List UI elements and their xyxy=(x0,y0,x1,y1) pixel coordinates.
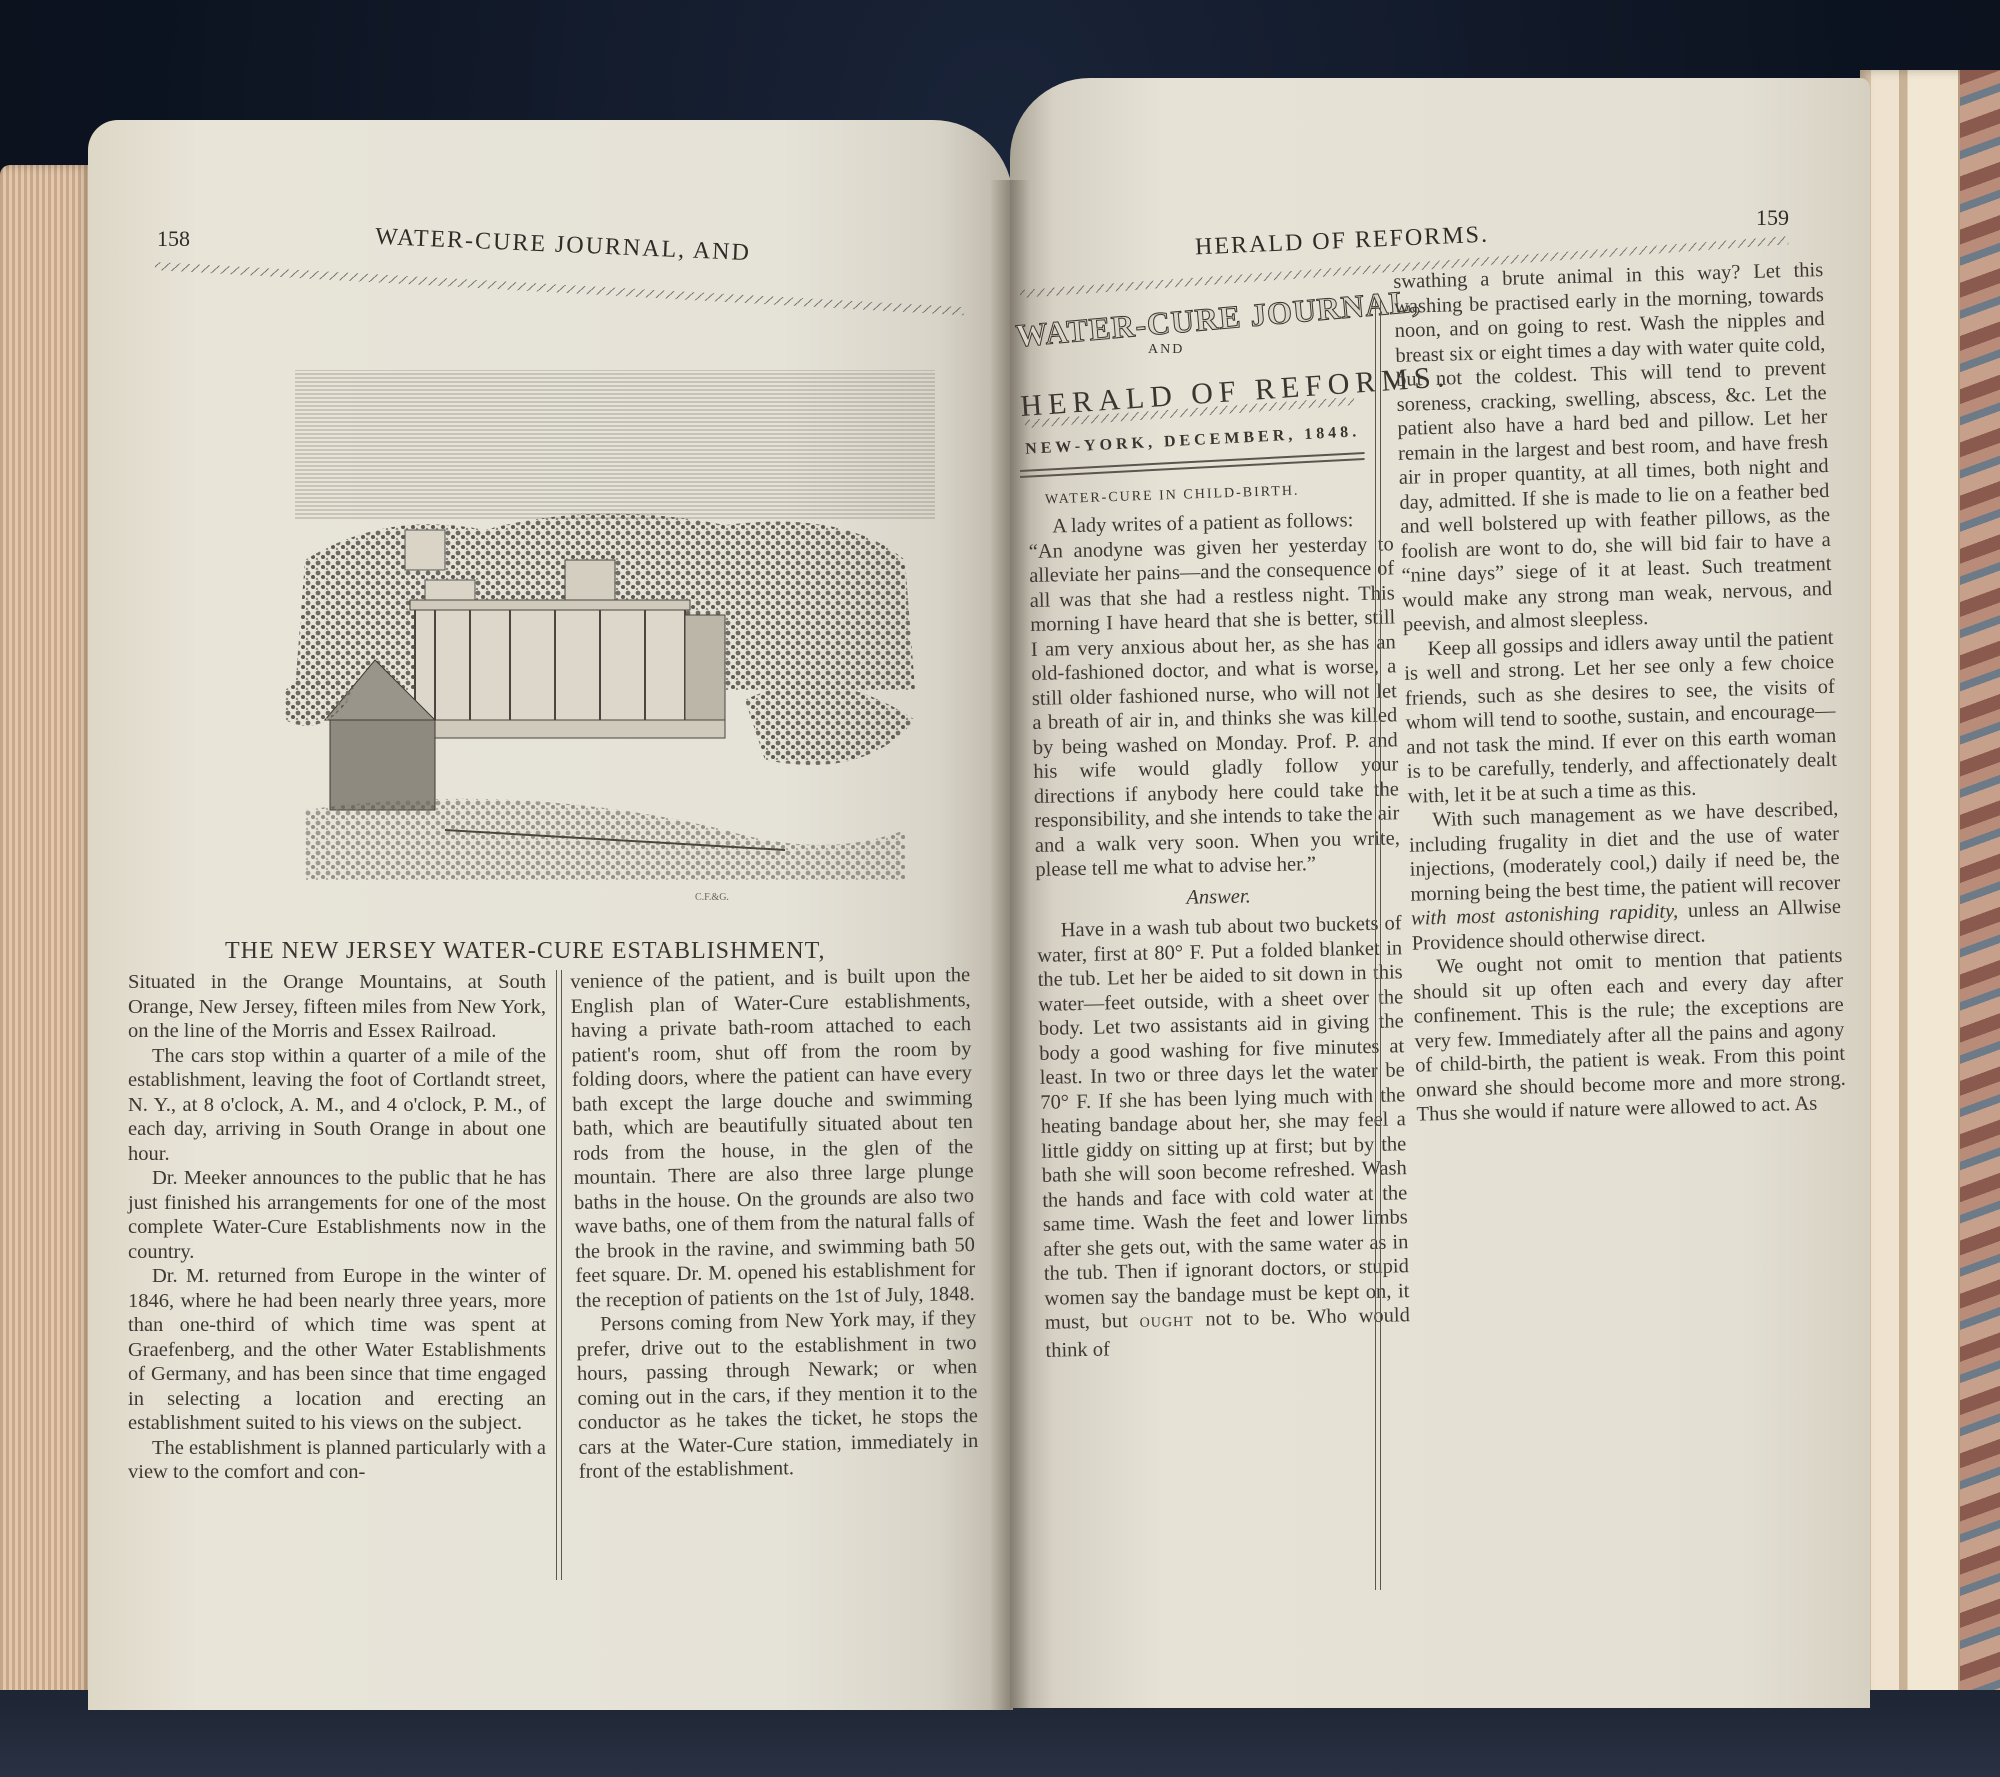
column-divider xyxy=(1375,300,1381,1590)
left-page-column-1: Situated in the Orange Mountains, at Sou… xyxy=(128,970,546,1485)
illustration-caption: THE NEW JERSEY WATER-CURE ESTABLISHMENT, xyxy=(225,938,826,965)
paragraph: With such management as we have describe… xyxy=(1408,797,1842,956)
text-run: With such management as we have describe… xyxy=(1409,798,1841,905)
small-caps-emphasis: OUGHT xyxy=(1140,1315,1194,1331)
masthead-and: AND xyxy=(1148,342,1184,358)
marbled-cover-edge xyxy=(1960,70,2000,1710)
column-divider xyxy=(556,970,562,1580)
paragraph: swathing a brute animal in this way? Let… xyxy=(1393,258,1833,637)
engraver-mark: C.F.&G. xyxy=(695,892,729,903)
paragraph: Keep all gossips and idlers away until t… xyxy=(1403,625,1838,808)
paragraph: We ought not omit to mention that patien… xyxy=(1412,944,1847,1127)
paragraph: The cars stop within a quarter of a mile… xyxy=(128,1044,546,1167)
answer-heading: Answer. xyxy=(1036,881,1401,913)
paragraph: The establishment is planned particularl… xyxy=(128,1436,546,1485)
left-page-column-2: venience of the patient, and is built up… xyxy=(570,963,979,1484)
book-fore-edge-left xyxy=(0,165,92,1725)
paragraph: Persons coming from New York may, if the… xyxy=(576,1306,979,1484)
mansion-engraving-illustration: C.F.&G. xyxy=(265,360,965,920)
right-page-column-1: A lady writes of a patient as follows: “… xyxy=(1028,507,1411,1362)
right-page-column-2: swathing a brute animal in this way? Let… xyxy=(1393,258,1847,1127)
paragraph: Dr. Meeker announces to the public that … xyxy=(128,1166,546,1264)
paragraph: Situated in the Orange Mountains, at Sou… xyxy=(128,970,546,1044)
paragraph: Have in a wash tub about two buckets of … xyxy=(1036,911,1410,1363)
page-number-left: 158 xyxy=(157,226,190,252)
answer-text: Have in a wash tub about two buckets of … xyxy=(1037,912,1410,1334)
paragraph: “An anodyne was given her yesterday to a… xyxy=(1029,532,1401,883)
page-number-right: 159 xyxy=(1756,205,1789,231)
paragraph: venience of the patient, and is built up… xyxy=(570,963,976,1313)
paragraph: Dr. M. returned from Europe in the winte… xyxy=(128,1264,546,1436)
